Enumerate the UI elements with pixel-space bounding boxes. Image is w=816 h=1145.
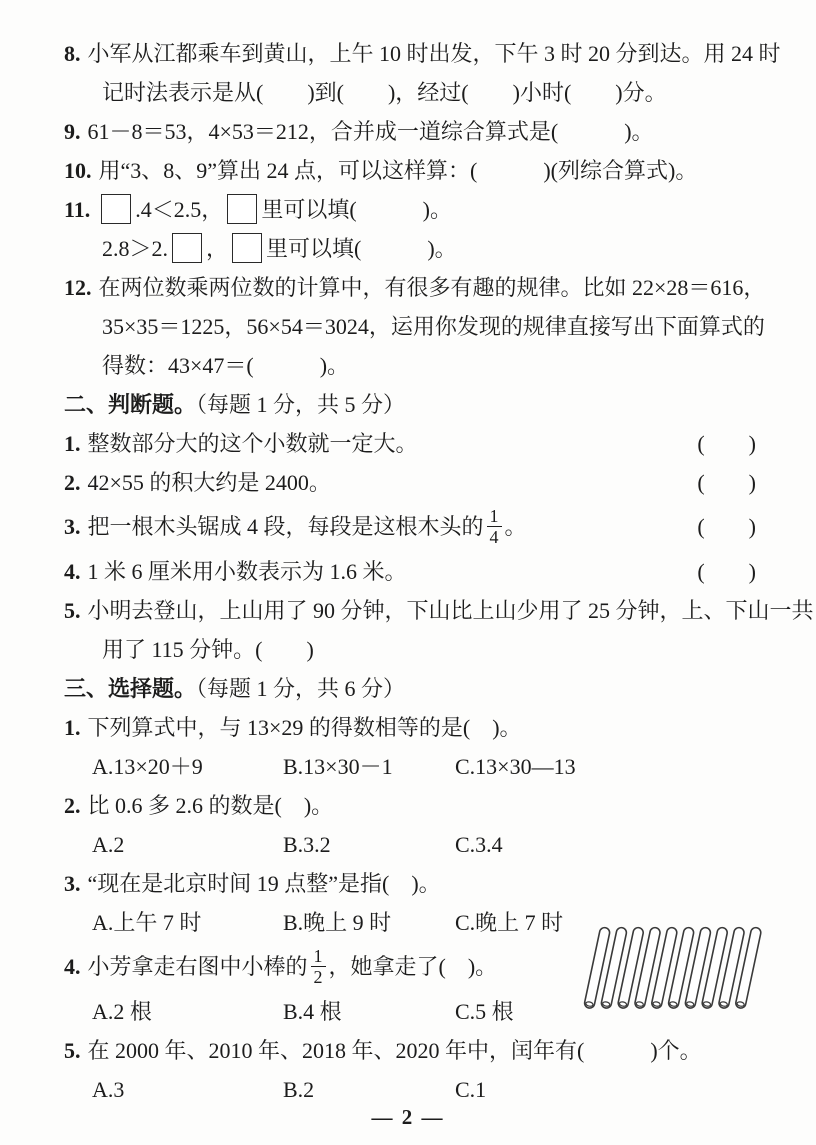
judge-question-4: 4.1 米 6 厘米用小数表示为 1.6 米。( ) bbox=[64, 552, 756, 591]
choice-5-number: 5. bbox=[64, 1038, 81, 1063]
choice-2-number: 2. bbox=[64, 793, 81, 818]
section-judge-note: （每题 1 分，共 5 分） bbox=[196, 392, 405, 417]
choice-1-options: A.13×20＋9B.13×30－1C.13×30—13 bbox=[64, 747, 756, 786]
question-11-line-2: 2.8＞2.，里可以填( )。 bbox=[64, 229, 756, 268]
fraction-numerator: 1 bbox=[487, 506, 502, 527]
choice-question-3: 3.“现在是北京时间 19 点整”是指( )。 bbox=[64, 864, 756, 903]
judge-2-text: 42×55 的积大约是 2400。 bbox=[88, 470, 331, 495]
judge-2-number: 2. bbox=[64, 470, 81, 495]
question-11-number: 11. bbox=[64, 197, 90, 222]
judge-2-answer-paren: ( ) bbox=[697, 463, 756, 502]
section-judge-header: 二、判断题。（每题 1 分，共 5 分） bbox=[64, 385, 756, 424]
answer-box bbox=[227, 194, 257, 224]
fraction-numerator: 1 bbox=[311, 946, 326, 967]
question-12-text-cont: 35×35＝1225，56×54＝3024，运用你发现的规律直接写出下面算式的 bbox=[102, 314, 765, 339]
question-12-number: 12. bbox=[64, 275, 92, 300]
judge-3-number: 3. bbox=[64, 514, 81, 539]
choice-4-option-a: A.2 根 bbox=[92, 992, 283, 1031]
question-8-number: 8. bbox=[64, 41, 81, 66]
judge-5-text: 小明去登山，上山用了 90 分钟，下山比上山少用了 25 分钟，上、下山一共 bbox=[88, 598, 814, 623]
judge-3-text-before: 把一根木头锯成 4 段，每段是这根木头的 bbox=[88, 514, 484, 539]
choice-question-5: 5.在 2000 年、2010 年、2018 年、2020 年中，闰年有( )个… bbox=[64, 1031, 756, 1070]
choice-question-1: 1.下列算式中，与 13×29 的得数相等的是( )。 bbox=[64, 708, 756, 747]
judge-question-1: 1.整数部分大的这个小数就一定大。( ) bbox=[64, 424, 756, 463]
judge-2-main: 2.42×55 的积大约是 2400。 bbox=[64, 463, 697, 502]
choice-1-option-c: C.13×30—13 bbox=[455, 747, 756, 786]
question-8-text: 小军从江都乘车到黄山，上午 10 时出发，下午 3 时 20 分到达。用 24 … bbox=[88, 41, 781, 66]
choice-3-option-b: B.晚上 9 时 bbox=[283, 903, 455, 942]
answer-box bbox=[172, 233, 202, 263]
judge-4-main: 4.1 米 6 厘米用小数表示为 1.6 米。 bbox=[64, 552, 697, 591]
judge-4-answer-paren: ( ) bbox=[697, 552, 756, 591]
question-11-line-1: 11..4＜2.5，里可以填( )。 bbox=[64, 190, 756, 229]
test-paper-page: 8.小军从江都乘车到黄山，上午 10 时出发，下午 3 时 20 分到达。用 2… bbox=[0, 0, 816, 1145]
question-12-text-cont2: 得数：43×47＝( )。 bbox=[102, 353, 349, 378]
choice-1-text: 下列算式中，与 13×29 的得数相等的是( )。 bbox=[88, 715, 522, 740]
question-11-text-d: ， bbox=[206, 236, 228, 261]
fraction-denominator: 2 bbox=[311, 967, 326, 987]
fraction-denominator: 4 bbox=[487, 527, 502, 547]
choice-4-text-before: 小芳拿走右图中小棒的 bbox=[88, 954, 308, 979]
question-10-number: 10. bbox=[64, 158, 92, 183]
judge-1-text: 整数部分大的这个小数就一定大。 bbox=[88, 431, 418, 456]
page-number: — 2 — bbox=[0, 1100, 816, 1134]
question-11-text-b: 里可以填( )。 bbox=[261, 197, 452, 222]
question-8-text-cont: 记时法表示是从( )到( )，经过( )小时( )分。 bbox=[102, 80, 667, 105]
choice-4-number: 4. bbox=[64, 954, 81, 979]
question-11-text-a: .4＜2.5， bbox=[135, 197, 223, 222]
question-11-text-c: 2.8＞2. bbox=[102, 236, 168, 261]
judge-4-number: 4. bbox=[64, 559, 81, 584]
question-9-number: 9. bbox=[64, 119, 81, 144]
question-8-line-2: 记时法表示是从( )到( )，经过( )小时( )分。 bbox=[64, 73, 756, 112]
choice-4-option-b: B.4 根 bbox=[283, 992, 455, 1031]
choice-1-number: 1. bbox=[64, 715, 81, 740]
choice-3-text: “现在是北京时间 19 点整”是指( )。 bbox=[88, 871, 441, 896]
section-choice-note: （每题 1 分，共 6 分） bbox=[196, 676, 405, 701]
choice-5-text: 在 2000 年、2010 年、2018 年、2020 年中，闰年有( )个。 bbox=[88, 1038, 702, 1063]
question-11-text-e: 里可以填( )。 bbox=[266, 236, 457, 261]
choice-2-option-a: A.2 bbox=[92, 825, 283, 864]
judge-5-text-cont: 用了 115 分钟。( ) bbox=[102, 637, 314, 662]
judge-3-text-after: 。 bbox=[505, 514, 527, 539]
choice-2-text: 比 0.6 多 2.6 的数是( )。 bbox=[88, 793, 334, 818]
choice-1-option-b: B.13×30－1 bbox=[283, 747, 455, 786]
choice-2-options: A.2B.3.2C.3.4 bbox=[64, 825, 756, 864]
choice-1-option-a: A.13×20＋9 bbox=[92, 747, 283, 786]
choice-3-number: 3. bbox=[64, 871, 81, 896]
judge-1-number: 1. bbox=[64, 431, 81, 456]
question-9-text: 61－8＝53，4×53＝212，合并成一道综合算式是( )。 bbox=[88, 119, 654, 144]
choice-2-option-b: B.3.2 bbox=[283, 825, 455, 864]
judge-1-answer-paren: ( ) bbox=[697, 424, 756, 463]
section-choice-title: 三、选择题。 bbox=[64, 676, 196, 701]
question-10: 10.用“3、8、9”算出 24 点，可以这样算：( )(列综合算式)。 bbox=[64, 151, 756, 190]
choice-2-option-c: C.3.4 bbox=[455, 825, 756, 864]
fraction-one-fourth: 14 bbox=[487, 506, 502, 547]
question-12-line-3: 得数：43×47＝( )。 bbox=[64, 346, 756, 385]
judge-4-text: 1 米 6 厘米用小数表示为 1.6 米。 bbox=[88, 559, 407, 584]
choice-4-text-after: ，她拿走了( )。 bbox=[329, 954, 498, 979]
judge-question-2: 2.42×55 的积大约是 2400。( ) bbox=[64, 463, 756, 502]
judge-1-main: 1.整数部分大的这个小数就一定大。 bbox=[64, 424, 697, 463]
question-8-line-1: 8.小军从江都乘车到黄山，上午 10 时出发，下午 3 时 20 分到达。用 2… bbox=[64, 34, 756, 73]
judge-question-3: 3.把一根木头锯成 4 段，每段是这根木头的14。( ) bbox=[64, 502, 756, 552]
section-choice-header: 三、选择题。（每题 1 分，共 6 分） bbox=[64, 669, 756, 708]
section-judge-title: 二、判断题。 bbox=[64, 392, 196, 417]
sticks-figure bbox=[576, 924, 781, 1019]
choice-3-option-a: A.上午 7 时 bbox=[92, 903, 283, 942]
question-12-line-2: 35×35＝1225，56×54＝3024，运用你发现的规律直接写出下面算式的 bbox=[64, 307, 756, 346]
answer-box bbox=[101, 194, 131, 224]
judge-question-5-line-1: 5.小明去登山，上山用了 90 分钟，下山比上山少用了 25 分钟，上、下山一共 bbox=[64, 591, 756, 630]
judge-question-5-line-2: 用了 115 分钟。( ) bbox=[64, 630, 756, 669]
judge-3-answer-paren: ( ) bbox=[697, 502, 756, 552]
question-12-line-1: 12.在两位数乘两位数的计算中，有很多有趣的规律。比如 22×28＝616， bbox=[64, 268, 756, 307]
question-12-text: 在两位数乘两位数的计算中，有很多有趣的规律。比如 22×28＝616， bbox=[99, 275, 766, 300]
choice-question-2: 2.比 0.6 多 2.6 的数是( )。 bbox=[64, 786, 756, 825]
question-10-text: 用“3、8、9”算出 24 点，可以这样算：( )(列综合算式)。 bbox=[99, 158, 698, 183]
judge-3-main: 3.把一根木头锯成 4 段，每段是这根木头的14。 bbox=[64, 502, 697, 552]
answer-box bbox=[232, 233, 262, 263]
question-9: 9.61－8＝53，4×53＝212，合并成一道综合算式是( )。 bbox=[64, 112, 756, 151]
judge-5-number: 5. bbox=[64, 598, 81, 623]
fraction-one-half: 12 bbox=[311, 946, 326, 987]
